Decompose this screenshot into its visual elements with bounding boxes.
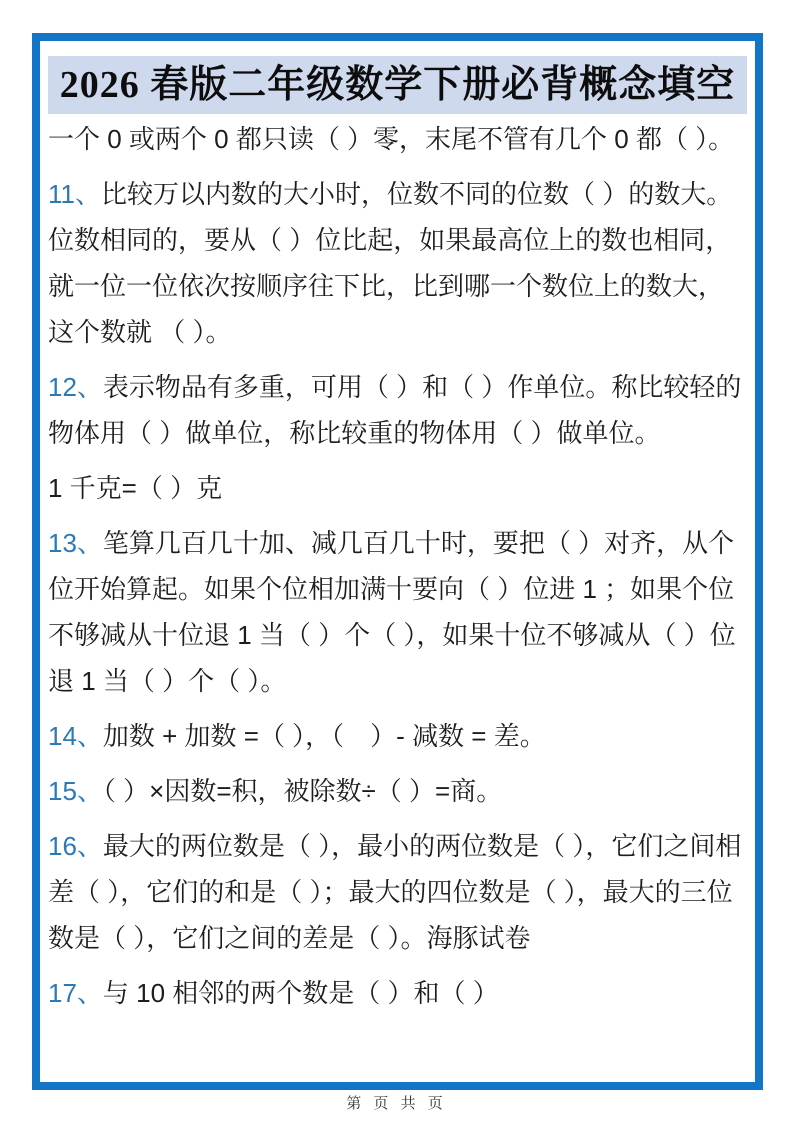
question-list: 一个 0 或两个 0 都只读（ ）零，末尾不管有几个 0 都（ ）。 11、比较… [48, 116, 747, 1016]
question-number: 16、 [48, 831, 103, 861]
question-paragraph: 1 千克=（ ）克 [48, 465, 747, 511]
question-paragraph: 12、表示物品有多重，可用（ ）和（ ）作单位。称比较轻的物体用（ ）做单位，称… [48, 364, 747, 456]
question-number: 15、 [48, 776, 103, 806]
question-text: 与 10 相邻的两个数是（ ）和（ ） [103, 978, 499, 1008]
question-text: 比较万以内数的大小时，位数不同的位数（ ）的数大。位数相同的，要从（ ）位比起，… [48, 179, 732, 347]
question-paragraph: 14、加数 + 加数 =（ ），（ ）- 减数 = 差。 [48, 713, 747, 759]
question-paragraph: 15、（ ）×因数=积，被除数÷（ ）=商。 [48, 768, 747, 814]
question-number: 11、 [48, 179, 101, 209]
question-paragraph: 17、与 10 相邻的两个数是（ ）和（ ） [48, 970, 747, 1016]
question-paragraph: 11、比较万以内数的大小时，位数不同的位数（ ）的数大。位数相同的，要从（ ）位… [48, 171, 747, 355]
page-title: 2026 春版二年级数学下册必背概念填空 [48, 56, 747, 114]
question-text: （ ）×因数=积，被除数÷（ ）=商。 [103, 776, 502, 806]
question-number: 12、 [48, 372, 103, 402]
intro-paragraph: 一个 0 或两个 0 都只读（ ）零，末尾不管有几个 0 都（ ）。 [48, 116, 747, 162]
worksheet-page: 2026 春版二年级数学下册必背概念填空 一个 0 或两个 0 都只读（ ）零，… [0, 0, 793, 1122]
question-text: 加数 + 加数 =（ ），（ ）- 减数 = 差。 [103, 721, 546, 751]
question-paragraph: 16、最大的两位数是（ ），最小的两位数是（ ），它们之间相差（ ），它们的和是… [48, 823, 747, 961]
question-text: 笔算几百几十加、减几百几十时，要把（ ）对齐，从个位开始算起。如果个位相加满十要… [48, 528, 736, 696]
page-border-frame: 2026 春版二年级数学下册必背概念填空 一个 0 或两个 0 都只读（ ）零，… [32, 33, 763, 1090]
question-paragraph: 13、笔算几百几十加、减几百几十时，要把（ ）对齐，从个位开始算起。如果个位相加… [48, 520, 747, 704]
question-text: 最大的两位数是（ ），最小的两位数是（ ），它们之间相差（ ），它们的和是（ ）… [48, 831, 741, 953]
page-footer: 第 页 共 页 [0, 1092, 793, 1113]
question-number: 13、 [48, 528, 103, 558]
question-text: 1 千克=（ ）克 [48, 473, 222, 503]
question-number: 14、 [48, 721, 103, 751]
question-text: 表示物品有多重，可用（ ）和（ ）作单位。称比较轻的物体用（ ）做单位，称比较重… [48, 372, 741, 448]
question-number: 17、 [48, 978, 103, 1008]
